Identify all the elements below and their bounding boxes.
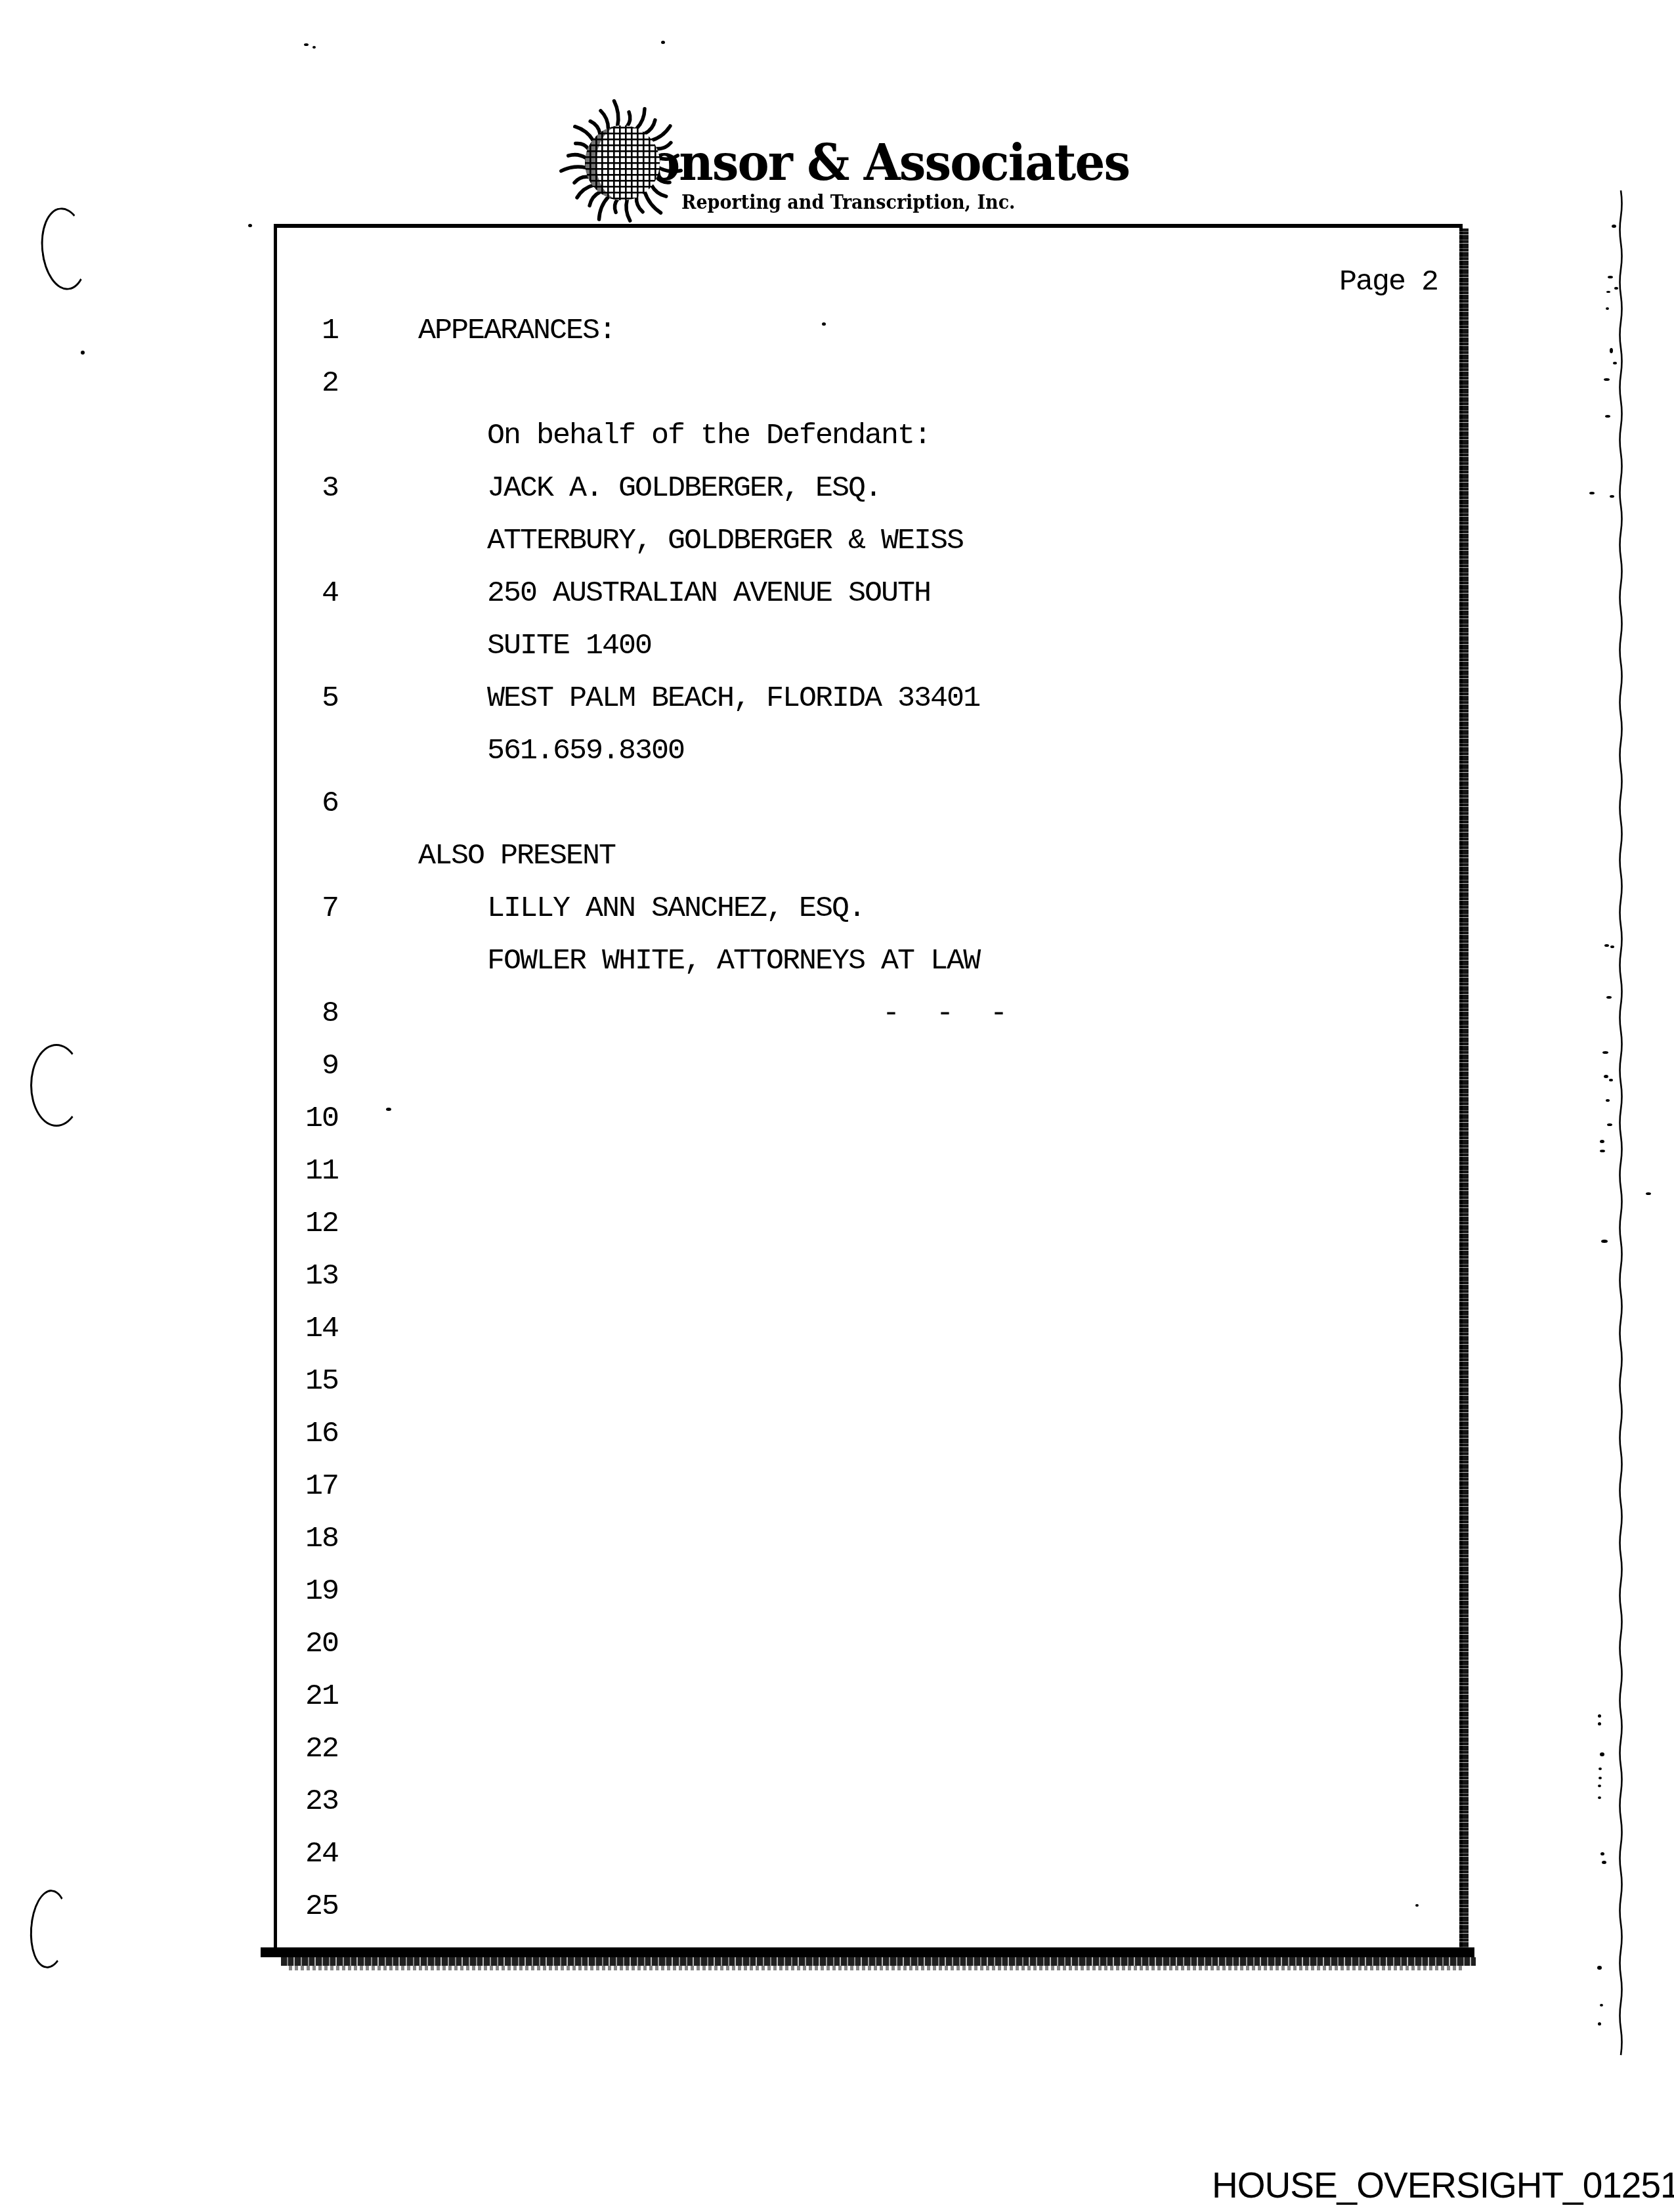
speck-dot <box>1600 1140 1604 1143</box>
speck-dot <box>1606 291 1610 293</box>
speck-dot <box>1604 944 1609 947</box>
line-number: 6 <box>266 777 338 830</box>
speck-dot <box>1602 1051 1608 1054</box>
speck-dot <box>1599 1777 1602 1779</box>
frame-bottom-rough-edge <box>281 1957 1476 1966</box>
line-number: 14 <box>266 1303 338 1355</box>
transcript-line: On behalf of the Defendant: <box>487 410 930 462</box>
sunburst-logo-icon <box>558 95 689 227</box>
speck-dot <box>1612 225 1616 228</box>
transcript-line: APPEARANCES: <box>418 305 615 357</box>
speck-dot <box>1610 348 1613 353</box>
page-number-label: Page 2 <box>1339 265 1444 299</box>
line-number: 1 <box>266 305 338 357</box>
speck-dot <box>1598 1785 1601 1787</box>
letterhead-company-name: onsor & Associates <box>649 138 1129 188</box>
frame-right-rough-edge <box>1459 228 1469 1949</box>
line-number: 18 <box>266 1513 338 1565</box>
speck-dot <box>1415 1904 1419 1907</box>
frame-bottom-edge <box>261 1947 1474 1957</box>
transcript-line: FOWLER WHITE, ATTORNEYS AT LAW <box>487 935 979 987</box>
line-number: 10 <box>266 1093 338 1145</box>
bates-number: HOUSE_OVERSIGHT_012516 <box>1212 2164 1674 2206</box>
speck-dot <box>1613 362 1617 364</box>
line-number: 12 <box>266 1198 338 1250</box>
speck-dot <box>1604 1075 1608 1078</box>
speck-dot <box>1598 1796 1601 1799</box>
line-number: 8 <box>266 987 338 1040</box>
speck-dot <box>1610 495 1614 498</box>
punch-hole-arc <box>30 1044 83 1127</box>
line-number: 16 <box>266 1408 338 1460</box>
transcript-line: ALSO PRESENT <box>418 830 615 882</box>
speck-dot <box>81 351 85 355</box>
speck-dot <box>386 1108 391 1111</box>
line-number: 24 <box>266 1828 338 1880</box>
speck-dot <box>1606 1099 1610 1102</box>
transcript-line: 561.659.8300 <box>487 725 684 777</box>
line-number: 7 <box>266 882 338 935</box>
speck-dot <box>1598 1714 1601 1718</box>
speck-dot <box>1610 945 1614 948</box>
speck-dot <box>1599 1767 1602 1770</box>
transcript-line: JACK A. GOLDBERGER, ESQ. <box>487 462 881 515</box>
speck-dot <box>1614 287 1618 290</box>
speck-dot <box>822 322 826 326</box>
speck-dot <box>1608 276 1613 278</box>
speck-dot <box>1605 415 1610 418</box>
line-number: 3 <box>266 462 338 515</box>
speck-dot <box>304 43 309 46</box>
scanned-transcript-page: { "letterhead": { "company_fragment": "o… <box>0 0 1674 2212</box>
line-number: 19 <box>266 1565 338 1618</box>
speck-dot <box>1598 2022 1601 2026</box>
speck-dot <box>1609 1079 1613 1081</box>
speck-dot <box>1601 1240 1608 1243</box>
frame-bottom-fuzz <box>289 1966 1464 1970</box>
line-number: 5 <box>266 672 338 725</box>
speck-dot <box>1600 1150 1605 1152</box>
line-number: 23 <box>266 1775 338 1828</box>
speck-dot <box>1600 1852 1604 1855</box>
line-number: 11 <box>266 1145 338 1198</box>
speck-dot <box>1606 307 1609 310</box>
line-number: 22 <box>266 1723 338 1775</box>
scan-edge-line <box>1616 190 1625 2068</box>
line-number: 21 <box>266 1670 338 1723</box>
line-number: 25 <box>266 1880 338 1933</box>
speck-dot <box>1604 378 1610 381</box>
punch-hole-arc <box>28 1888 71 1970</box>
speck-dot <box>661 41 665 44</box>
line-number: 20 <box>266 1618 338 1670</box>
line-number: 9 <box>266 1040 338 1093</box>
transcript-line: LILLY ANN SANCHEZ, ESQ. <box>487 882 865 935</box>
transcript-line: WEST PALM BEACH, FLORIDA 33401 <box>487 672 979 725</box>
punch-hole-arc <box>37 206 92 293</box>
speck-dot <box>1589 492 1595 494</box>
speck-dot <box>1646 1192 1651 1195</box>
line-number: 2 <box>266 357 338 410</box>
line-number: 15 <box>266 1355 338 1408</box>
speck-dot <box>1602 1861 1606 1864</box>
speck-dot <box>1600 2004 1603 2006</box>
letterhead-tagline: Reporting and Transcription, Inc. <box>681 192 1016 214</box>
transcript-line: SUITE 1400 <box>487 620 651 672</box>
speck-dot <box>1600 1752 1604 1756</box>
speck-dot <box>1606 996 1612 999</box>
line-number: 4 <box>266 567 338 620</box>
transcript-line: 250 AUSTRALIAN AVENUE SOUTH <box>487 567 930 620</box>
speck-dot <box>1598 1722 1601 1725</box>
line-number: 13 <box>266 1250 338 1303</box>
line-number: 17 <box>266 1460 338 1513</box>
speck-dot <box>248 224 252 227</box>
speck-dot <box>1607 1123 1612 1126</box>
speck-dot <box>312 46 316 49</box>
separator-dashes: - - - <box>882 987 1017 1040</box>
speck-dot <box>1597 1966 1602 1970</box>
transcript-line: ATTERBURY, GOLDBERGER & WEISS <box>487 515 963 567</box>
